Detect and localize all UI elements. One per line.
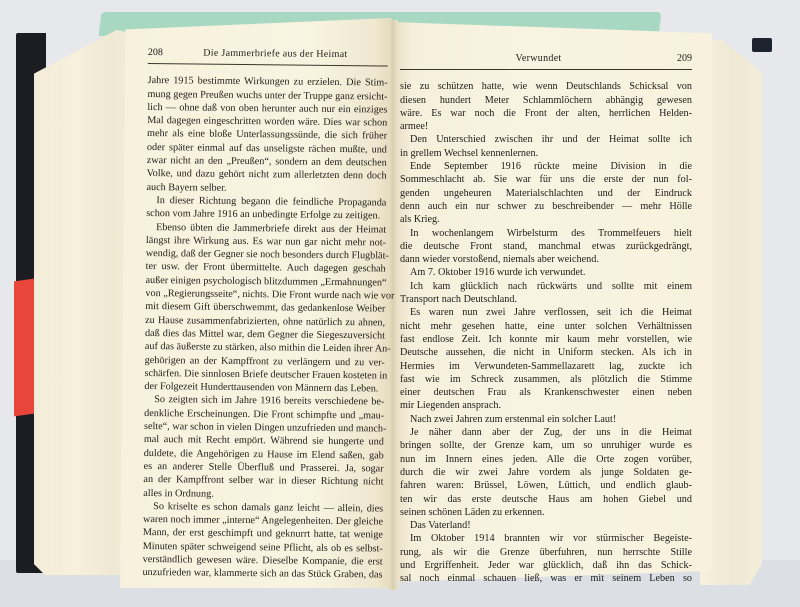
text-line: Transport nach Deutschland. — [400, 293, 692, 306]
right-page-number: 209 — [677, 52, 692, 65]
book-cover-red-stripe — [14, 279, 34, 417]
book-cover-right — [752, 38, 772, 52]
text-line: Im Oktober 1914 brannten wir vor stürmis… — [400, 532, 692, 545]
text-line: bringen sollte, der Grenze kam, um so un… — [400, 439, 692, 452]
text-line: rung, als wir die Grenze überfuhren, nun… — [400, 546, 692, 559]
left-page-number: 208 — [148, 46, 163, 59]
text-line: Den Unterschied zwischen ihr und der Hei… — [400, 133, 692, 146]
text-line: Deutsche aussehen, die nicht in Uniform … — [400, 346, 692, 359]
text-line: Am 7. Oktober 1916 wurde ich verwundet. — [400, 266, 692, 279]
text-line: Sommeschlacht ab. Sie war für uns die er… — [400, 173, 692, 186]
text-line: Es waren nun zwei Jahre verflossen, seit… — [400, 306, 692, 319]
text-line: in grellem Wechsel kennenlernen. — [400, 147, 692, 160]
text-line: fast endlose Zeit. Ich konnte mir kaum m… — [400, 333, 692, 346]
text-line: nicht mehr gesehen hatte, eine unter sol… — [400, 320, 692, 333]
right-page-text: sie zu schützen hatte, wie wenn Deutschl… — [400, 80, 692, 585]
text-line: mir Liegenden ansprach. — [400, 399, 692, 412]
left-running-head: 208 Die Jammerbriefe aus der Heimat — [148, 46, 388, 67]
book-gutter — [388, 20, 398, 590]
right-running-head: Verwundet 209 — [400, 52, 692, 70]
text-line: armee! — [400, 120, 692, 133]
left-page-content: 208 Die Jammerbriefe aus der Heimat Jahr… — [142, 46, 388, 582]
text-line: sie zu schützen hatte, wie wenn Deutschl… — [400, 80, 692, 93]
text-line: durch die wir zwei Jahre vordem als jung… — [400, 466, 692, 479]
text-line: Nach zwei Jahren zum erstenmal ein solch… — [400, 413, 692, 426]
text-line: seinen schönen Läden zu erkennen. — [400, 506, 692, 519]
text-line: als Krieg. — [400, 213, 692, 226]
left-running-title: Die Jammerbriefe aus der Heimat — [163, 46, 388, 62]
text-line: Ich kam glücklich nach rückwärts und sol… — [400, 280, 692, 293]
text-line: Das Vaterland! — [400, 519, 692, 532]
text-line: unzufrieden war, klammerte sich an das S… — [142, 566, 382, 582]
text-line: nun im Innern eines jeden. Alle die Orte… — [400, 453, 692, 466]
text-line: In wochenlangem Wirbelsturm des Trommelf… — [400, 227, 692, 240]
text-line: die deutsche Front stand, manchmal etwas… — [400, 240, 692, 253]
text-line: dann wieder vorstoßend, niemals aber wei… — [400, 253, 692, 266]
text-line: genden ungeheuren Materialschlachten und… — [400, 187, 692, 200]
right-running-title: Verwundet — [400, 52, 677, 65]
text-line: Je näher dann aber der Zug, der uns in d… — [400, 426, 692, 439]
text-line: sal noch einmal schauen ließ, was er mit… — [400, 572, 692, 585]
left-page-text: Jahre 1915 bestimmte Wirkungen zu erziel… — [142, 74, 387, 582]
right-page-content: Verwundet 209 sie zu schützen hatte, wie… — [400, 52, 692, 586]
text-line: fast wie im Schreck zusammen, als plötzl… — [400, 373, 692, 386]
text-line: wäre. Es war noch die Front der alten, h… — [400, 107, 692, 120]
text-line: einer deutschen Frau als Krankenschweste… — [400, 386, 692, 399]
text-line: denn auch ein nur schwer zu beschreibend… — [400, 200, 692, 213]
text-line: diesen hundert Meter Schlammlöchern abhä… — [400, 94, 692, 107]
text-line: und Ergriffenheit. Jeder war glücklich, … — [400, 559, 692, 572]
text-line: Ende September 1916 rückte meine Divisio… — [400, 160, 692, 173]
text-line: fahren waren: Brüssel, Löwen, Lüttich, u… — [400, 479, 692, 492]
text-line: ten wir das erste deutsche Haus am hohen… — [400, 493, 692, 506]
text-line: Hermies im Verwundeten-Sammellazarett la… — [400, 360, 692, 373]
